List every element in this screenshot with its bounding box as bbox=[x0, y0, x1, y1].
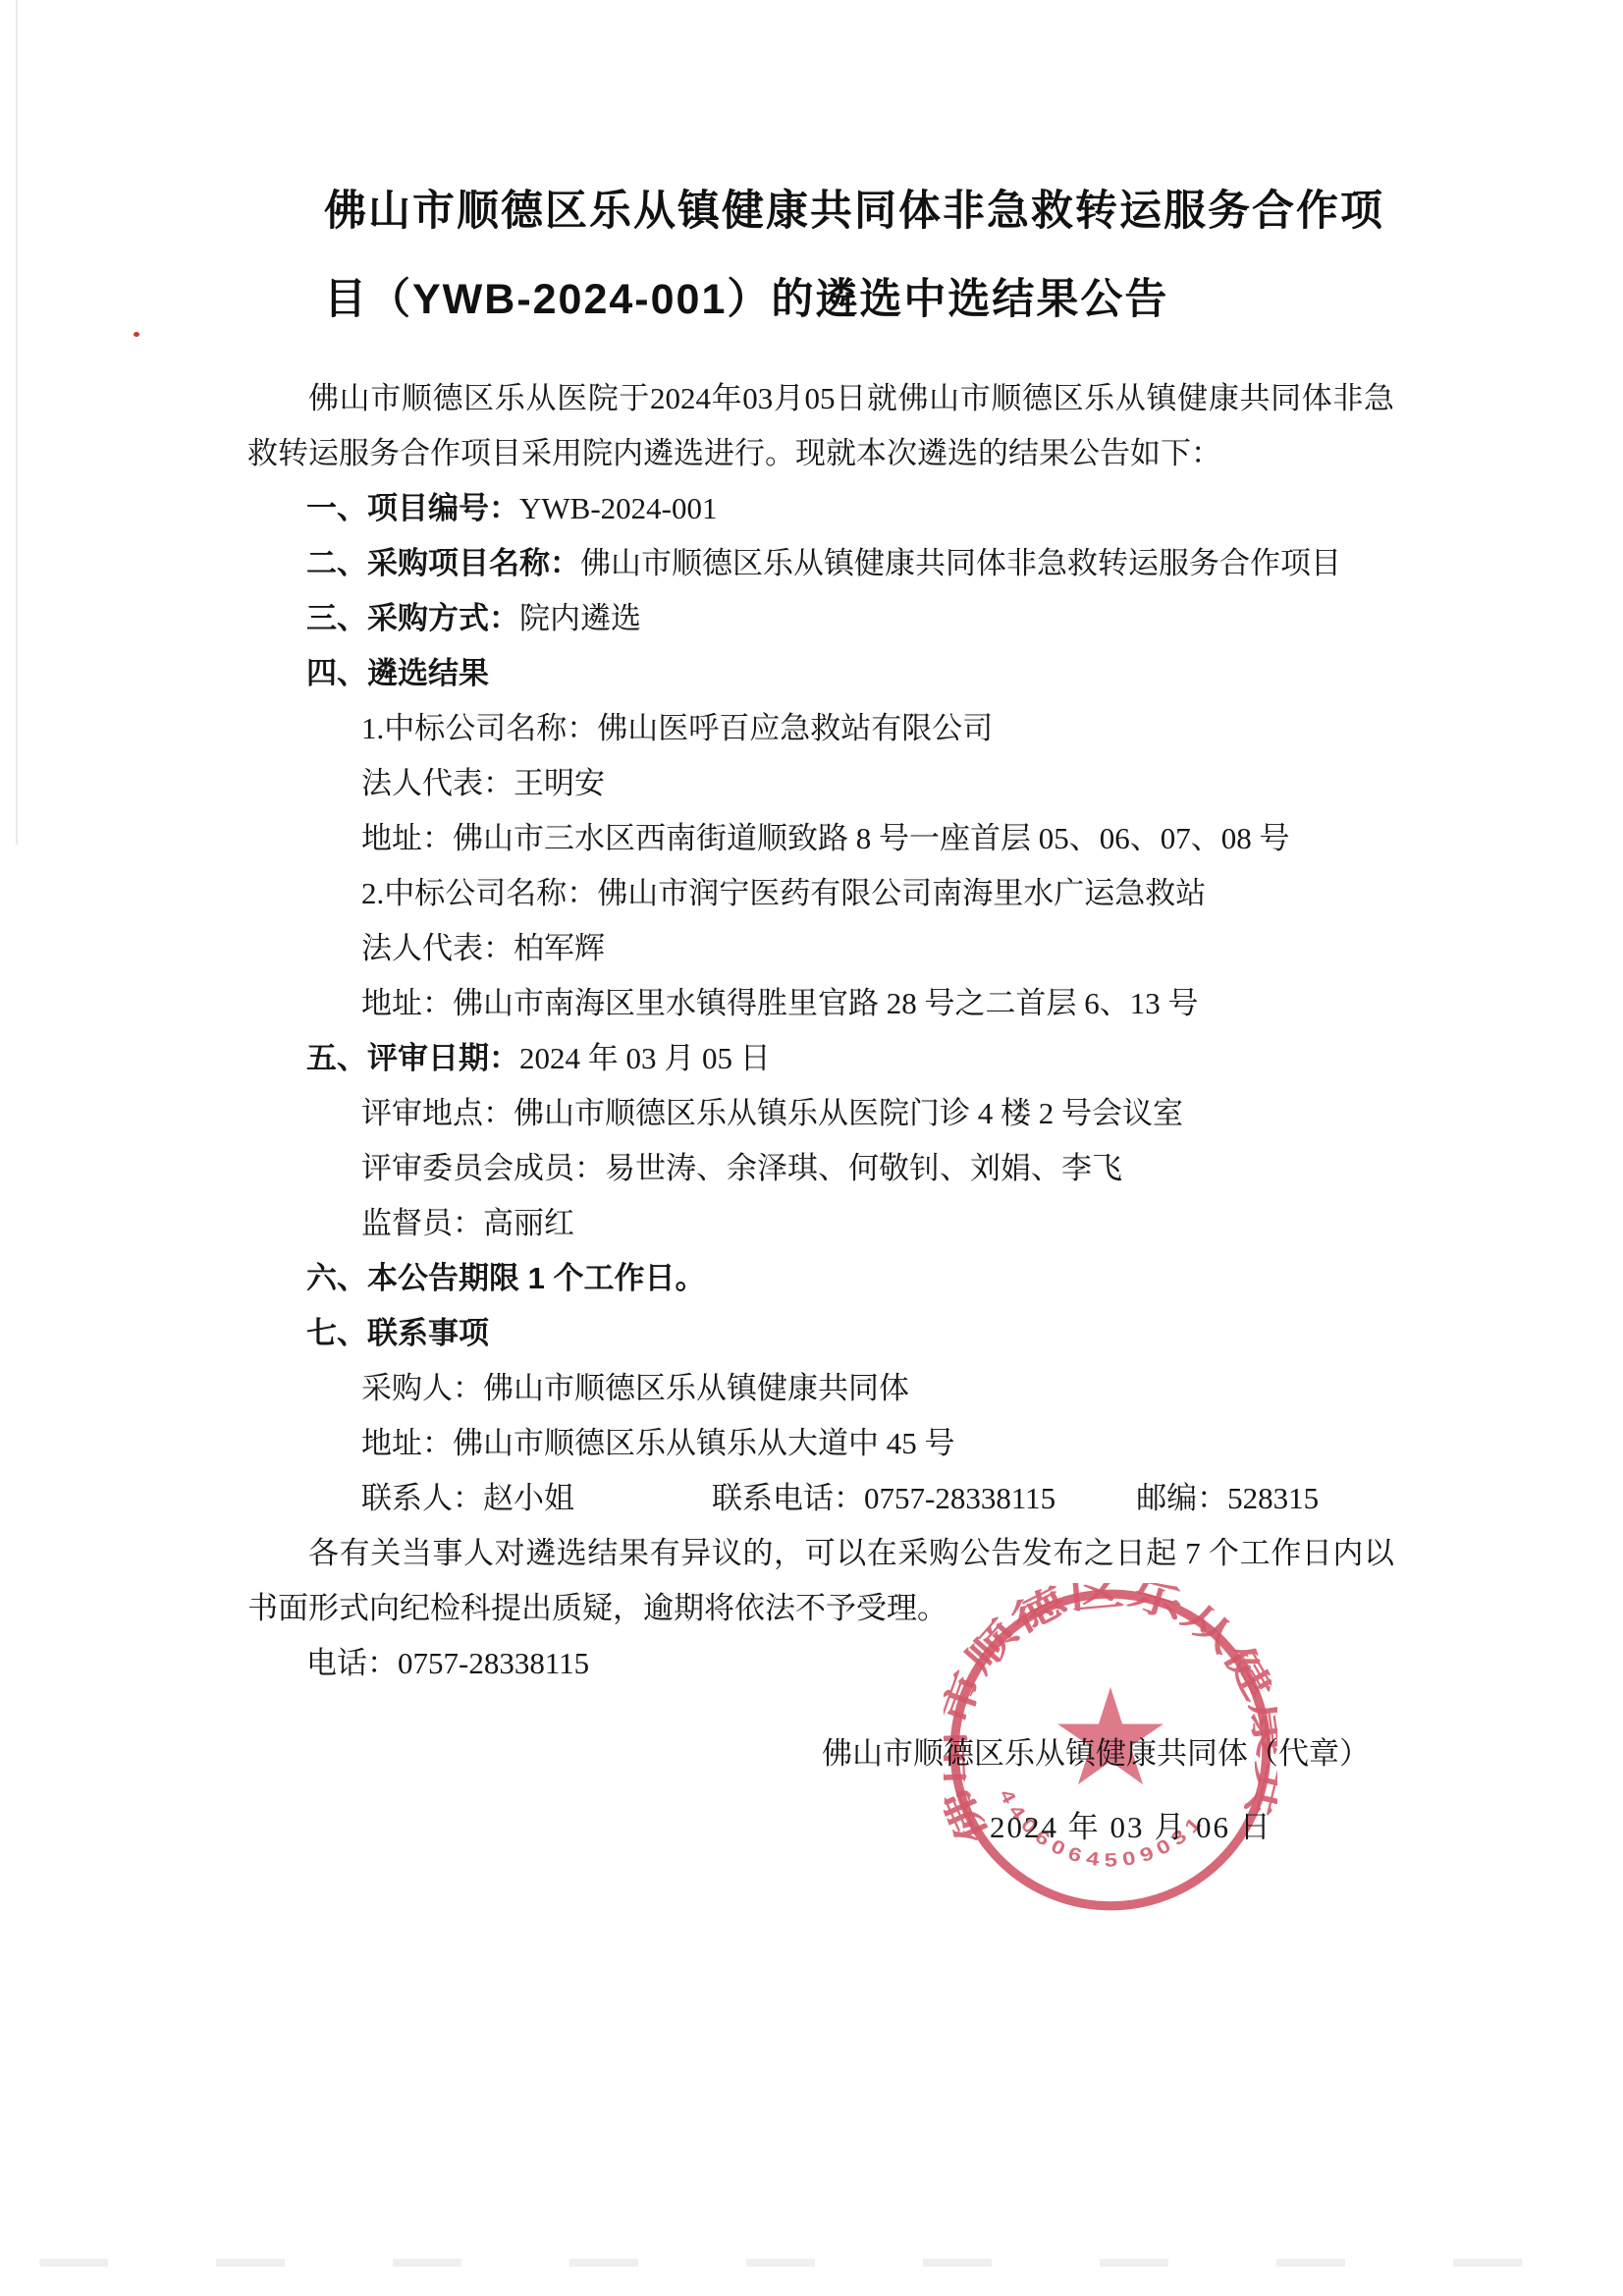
item-review-date: 五、评审日期：2024 年 03 月 05 日 bbox=[306, 1031, 1394, 1086]
document-content: 佛山市顺德区乐从镇健康共同体非急救转运服务合作项 目（YWB-2024-001）… bbox=[0, 167, 1623, 1691]
item-announcement-period: 六、本公告期限 1 个工作日。 bbox=[306, 1251, 1394, 1306]
item-project-number: 一、项目编号：YWB-2024-001 bbox=[306, 481, 1394, 536]
item-project-name-value: 佛山市顺德区乐从镇健康共同体非急救转运服务合作项目 bbox=[580, 546, 1341, 580]
contact-phone: 联系电话：0757-28338115 bbox=[712, 1481, 1055, 1515]
title-line-1: 佛山市顺德区乐从镇健康共同体非急救转运服务合作项 bbox=[324, 167, 1399, 255]
item-procurement-method-value: 院内遴选 bbox=[519, 601, 641, 635]
scan-bottom-artifact bbox=[39, 2259, 1571, 2267]
winner2-address: 地址：佛山市南海区里水镇得胜里官路 28 号之二首层 6、13 号 bbox=[361, 976, 1394, 1031]
document-title: 佛山市顺德区乐从镇健康共同体非急救转运服务合作项 目（YWB-2024-001）… bbox=[324, 167, 1399, 344]
item-review-date-value: 2024 年 03 月 05 日 bbox=[519, 1041, 771, 1075]
item-contact-heading: 七、联系事项 bbox=[306, 1306, 1394, 1361]
review-place: 评审地点：佛山市顺德区乐从镇乐从医院门诊 4 楼 2 号会议室 bbox=[361, 1086, 1394, 1141]
item-project-number-value: YWB-2024-001 bbox=[519, 491, 717, 525]
document-body: 佛山市顺德区乐从医院于2024年03月05日就佛山市顺德区乐从镇健康共同体非急救… bbox=[247, 371, 1394, 1691]
winner2-representative: 法人代表：柏军辉 bbox=[361, 921, 1394, 976]
winner1-representative: 法人代表：王明安 bbox=[361, 756, 1394, 811]
signature-line: 佛山市顺德区乐从镇健康共同体（代章） bbox=[822, 1726, 1370, 1781]
contact-person: 联系人：赵小姐 bbox=[361, 1481, 574, 1515]
scanned-announcement-page: 佛山市顺德区乐从镇健康共同体非急救转运服务合作项 目（YWB-2024-001）… bbox=[0, 0, 1623, 2296]
intro-paragraph: 佛山市顺德区乐从医院于2024年03月05日就佛山市顺德区乐从镇健康共同体非急救… bbox=[247, 371, 1394, 481]
contact-row: 联系人：赵小姐联系电话：0757-28338115邮编：528315 bbox=[361, 1471, 1394, 1526]
item-project-name-label: 二、采购项目名称： bbox=[306, 546, 580, 580]
winner1-name: 1.中标公司名称：佛山医呼百应急救站有限公司 bbox=[361, 701, 1394, 756]
supervisor: 监督员：高丽红 bbox=[361, 1196, 1394, 1251]
winner1-address: 地址：佛山市三水区西南街道顺致路 8 号一座首层 05、06、07、08 号 bbox=[361, 811, 1394, 866]
item-project-number-label: 一、项目编号： bbox=[306, 491, 519, 525]
purchaser: 采购人：佛山市顺德区乐从镇健康共同体 bbox=[361, 1361, 1394, 1416]
postcode: 邮编：528315 bbox=[1136, 1481, 1319, 1515]
item-selection-result-heading: 四、遴选结果 bbox=[306, 646, 1394, 701]
item-procurement-method: 三、采购方式：院内遴选 bbox=[306, 591, 1394, 646]
review-committee: 评审委员会成员：易世涛、余泽琪、何敬钊、刘娟、李飞 bbox=[361, 1141, 1394, 1196]
item-project-name: 二、采购项目名称：佛山市顺德区乐从镇健康共同体非急救转运服务合作项目 bbox=[306, 536, 1394, 591]
item-review-date-label: 五、评审日期： bbox=[306, 1041, 519, 1075]
item-procurement-method-label: 三、采购方式： bbox=[306, 601, 519, 635]
contact-address: 地址：佛山市顺德区乐从镇乐从大道中 45 号 bbox=[361, 1416, 1394, 1471]
winner2-name: 2.中标公司名称：佛山市润宁医药有限公司南海里水广运急救站 bbox=[361, 866, 1394, 921]
signature-date: 2024 年 03 月 06 日 bbox=[990, 1800, 1272, 1855]
title-line-2: 目（YWB-2024-001）的遴选中选结果公告 bbox=[324, 255, 1399, 344]
